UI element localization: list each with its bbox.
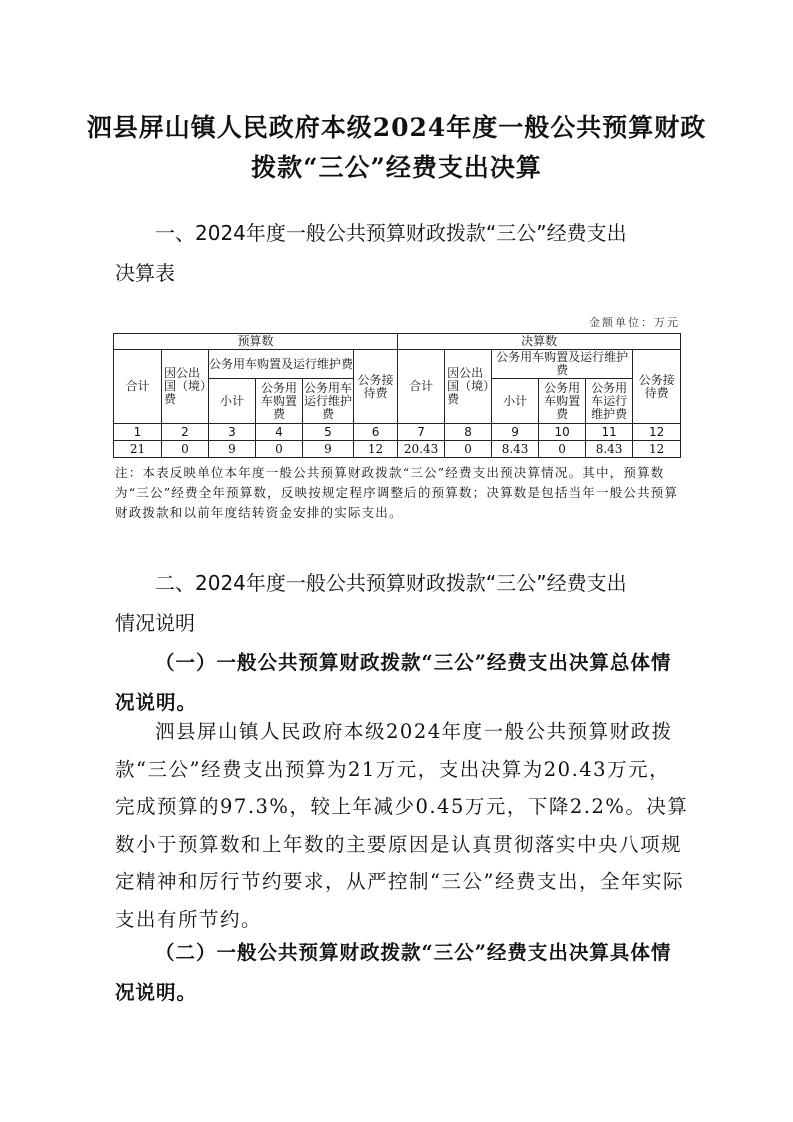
header-final-reception: 公务接待费 xyxy=(633,350,681,424)
header-budget-vehicle-operation: 公务用车运行维护费 xyxy=(303,379,354,424)
index-cell: 1 xyxy=(114,424,162,441)
index-cell: 12 xyxy=(633,424,681,441)
header-final-subtotal: 小计 xyxy=(492,379,539,424)
value-row: 21 0 9 0 9 12 20.43 0 8.43 0 8.43 12 xyxy=(114,441,681,458)
value-cell: 0 xyxy=(539,441,586,458)
value-cell: 8.43 xyxy=(586,441,633,458)
value-cell: 0 xyxy=(162,441,209,458)
table-note: 注：本表反映单位本年度一般公共预算财政拨款“三公”经费支出预决算情况。其中，预算… xyxy=(115,463,685,523)
header-budget-total: 合计 xyxy=(114,350,162,424)
value-cell: 20.43 xyxy=(398,441,445,458)
index-cell: 2 xyxy=(162,424,209,441)
value-cell: 9 xyxy=(209,441,256,458)
index-cell: 8 xyxy=(445,424,492,441)
header-final-total: 合计 xyxy=(398,350,445,424)
document-title-line2: 拨款“三公”经费支出决算 xyxy=(0,143,793,193)
index-cell: 11 xyxy=(586,424,633,441)
header-budget-reception: 公务接待费 xyxy=(354,350,398,424)
value-cell: 8.43 xyxy=(492,441,539,458)
header-budget-vehicle-group: 公务用车购置及运行维护费 xyxy=(209,350,354,379)
index-row: 1 2 3 4 5 6 7 8 9 10 11 12 xyxy=(114,424,681,441)
section1-heading-line1: 一、2024年度一般公共预算财政拨款“三公”经费支出 xyxy=(115,213,685,253)
header-budget-abroad: 因公出国（境）费 xyxy=(162,350,209,424)
header-budget-subtotal: 小计 xyxy=(209,379,256,424)
section2-heading-line1: 二、2024年度一般公共预算财政拨款“三公”经费支出 xyxy=(115,563,685,603)
index-cell: 6 xyxy=(354,424,398,441)
index-cell: 7 xyxy=(398,424,445,441)
header-final-abroad: 因公出国（境）费 xyxy=(445,350,492,424)
index-cell: 5 xyxy=(303,424,354,441)
value-cell: 0 xyxy=(445,441,492,458)
value-cell: 21 xyxy=(114,441,162,458)
index-cell: 10 xyxy=(539,424,586,441)
unit-label: 金额单位：万元 xyxy=(589,314,680,330)
header-budget-group: 预算数 xyxy=(114,334,398,350)
section2-heading-line2: 情况说明 xyxy=(115,603,685,643)
index-cell: 3 xyxy=(209,424,256,441)
header-final-vehicle-operation: 公务用车运行维护费 xyxy=(586,379,633,424)
index-cell: 9 xyxy=(492,424,539,441)
subsection1-heading: （一）一般公共预算财政拨款“三公”经费支出决算总体情况说明。 xyxy=(115,643,690,723)
value-cell: 12 xyxy=(354,441,398,458)
value-cell: 9 xyxy=(303,441,354,458)
value-cell: 12 xyxy=(633,441,681,458)
header-final-group: 决算数 xyxy=(398,334,681,350)
subsection2-heading: （二）一般公共预算财政拨款“三公”经费支出决算具体情况说明。 xyxy=(115,933,690,1013)
header-final-vehicle-group: 公务用车购置及运行维护费 xyxy=(492,350,633,379)
header-budget-vehicle-purchase: 公务用车购置费 xyxy=(256,379,303,424)
three-public-expense-table: 预算数 决算数 合计 因公出国（境）费 公务用车购置及运行维护费 公务接待费 合… xyxy=(113,333,681,458)
section1-heading-line2: 决算表 xyxy=(115,253,685,293)
subsection1-body: 泗县屏山镇人民政府本级2024年度一般公共预算财政拨款“三公”经费支出预算为21… xyxy=(115,713,690,938)
header-final-vehicle-purchase: 公务用车购置费 xyxy=(539,379,586,424)
value-cell: 0 xyxy=(256,441,303,458)
index-cell: 4 xyxy=(256,424,303,441)
